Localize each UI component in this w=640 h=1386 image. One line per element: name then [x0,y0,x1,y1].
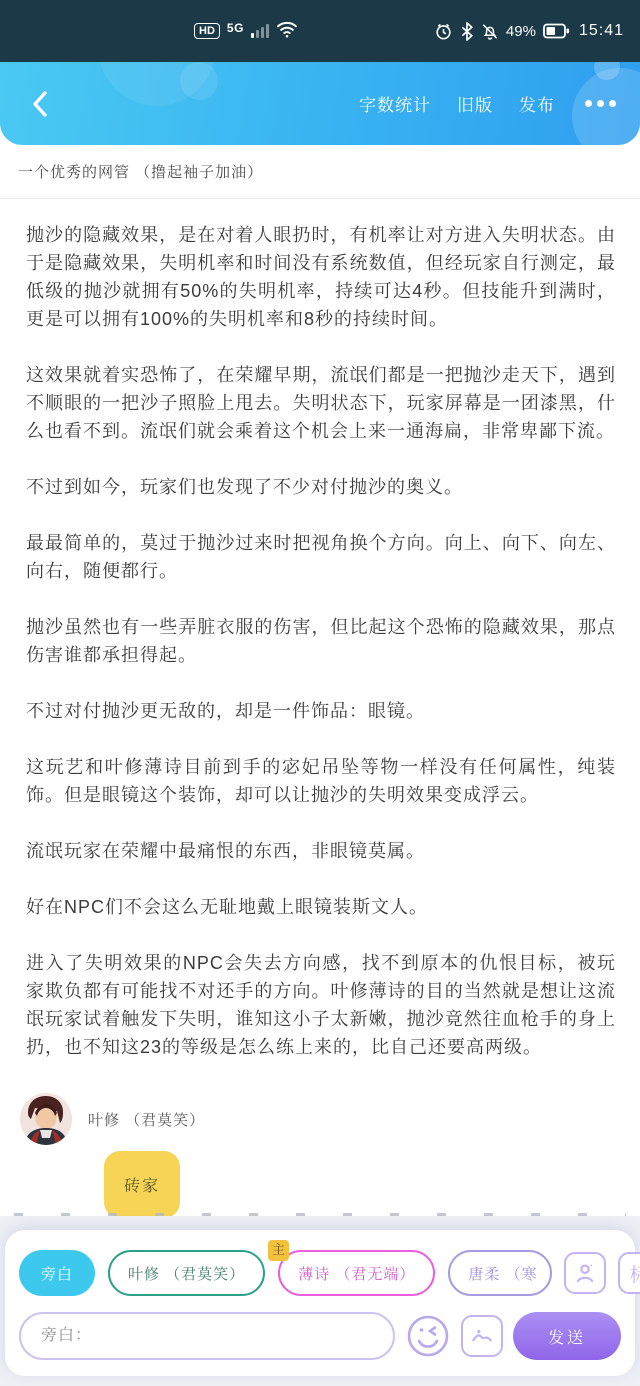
status-left-cluster: HD 5G [194,20,298,42]
story-paragraph: 抛沙的隐藏效果，是在对着人眼扔时，有机率让对方进入失明状态。由于是隐藏效果，失明… [26,221,616,333]
app-header: 字数统计 旧版 发布 [0,62,640,145]
chip-label: 唐柔 （寒 [468,1263,537,1284]
story-paragraph: 不过到如今，玩家们也发现了不少对付抛沙的奥义。 [26,473,616,501]
alarm-icon [434,22,453,41]
chip-label: 旁白 [41,1263,73,1284]
old-version-button[interactable]: 旧版 [457,91,493,116]
hd-badge: HD [194,23,220,39]
image-icon[interactable] [461,1315,503,1357]
send-button[interactable]: 发送 [513,1312,621,1360]
network-type-label: 5G [227,21,244,35]
composer-panel: 旁白 叶修 （君莫笑） 主 薄诗 （君无端） 唐柔 （寒 标 [5,1230,635,1376]
header-menu: 字数统计 旧版 发布 [359,91,616,116]
story-paragraph: 抛沙虽然也有一些弄脏衣服的伤害，但比起这个恐怖的隐藏效果，那点伤害谁都承担得起。 [26,613,616,669]
story-paragraph: 最最简单的，莫过于抛沙过来时把视角换个方向。向上、向下、向左、向右，随便都行。 [26,529,616,585]
chip-yexiu[interactable]: 叶修 （君莫笑） [108,1250,265,1296]
mark-button-label: 标 [630,1260,640,1287]
story-paragraph: 好在NPC们不会这么无耻地戴上眼镜装斯文人。 [26,893,616,921]
story-paragraph: 这效果就着实恐怖了，在荣耀早期，流氓们都是一把抛沙走天下，遇到不顺眼的一把沙子照… [26,361,616,445]
speaker-avatar[interactable] [20,1093,72,1145]
message-input[interactable] [19,1312,395,1360]
status-right-cluster: 49% 15:41 [434,22,624,41]
wifi-icon [276,20,298,42]
battery-percent-label: 49% [506,23,536,40]
signal-bars-icon [251,24,269,38]
story-text[interactable]: 抛沙的隐藏效果，是在对着人眼扔时，有机率让对方进入失明状态。由于是隐藏效果，失明… [0,199,640,1061]
chip-tangrou[interactable]: 唐柔 （寒 [448,1250,552,1296]
back-button[interactable] [24,89,54,119]
story-paragraph: 流氓玩家在荣耀中最痛恨的东西，非眼镜莫属。 [26,837,616,865]
story-paragraph: 不过对付抛沙更无敌的，却是一件饰品：眼镜。 [26,697,616,725]
story-paragraph: 这玩艺和叶修薄诗目前到手的宓妃吊坠等物一样没有任何属性，纯装饰。但是眼镜这个装饰… [26,753,616,809]
emoji-icon[interactable] [405,1313,451,1359]
mark-button[interactable]: 标 [618,1252,640,1294]
chip-label: 叶修 （君莫笑） [128,1263,245,1284]
dialogue-block: 叶修 （君莫笑） 砖家 [0,1089,640,1218]
chip-boshi[interactable]: 薄诗 （君无端） [278,1250,435,1296]
bluetooth-icon [460,22,474,41]
battery-icon [543,23,570,39]
character-manager-button[interactable] [564,1252,606,1294]
chip-label: 薄诗 （君无端） [298,1263,415,1284]
dialogue-bubble[interactable]: 砖家 [104,1151,180,1218]
top-area: HD 5G [0,0,640,145]
speaker-name: 叶修 （君莫笑） [88,1109,205,1130]
clock-label: 15:41 [579,22,624,40]
chapter-title-bar[interactable]: 一个优秀的网管 （撸起袖子加油） [0,145,640,199]
word-count-button[interactable]: 字数统计 [359,91,431,116]
message-input-row: 发送 [19,1312,621,1360]
app-screen: HD 5G [0,0,640,1386]
more-options-icon[interactable] [585,100,616,107]
character-chips-row: 旁白 叶修 （君莫笑） 主 薄诗 （君无端） 唐柔 （寒 标 [19,1250,621,1296]
chapter-title: 一个优秀的网管 （撸起袖子加油） [18,161,263,182]
status-bar: HD 5G [0,0,640,62]
bell-muted-icon [481,22,499,41]
main-character-tag: 主 [268,1240,289,1261]
story-paragraph: 进入了失明效果的NPC会失去方向感，找不到原本的仇恨目标，被玩家欺负都有可能找不… [26,949,616,1061]
tick-marks [14,1213,626,1216]
publish-button[interactable]: 发布 [519,91,555,116]
chip-narrator[interactable]: 旁白 [19,1250,95,1296]
